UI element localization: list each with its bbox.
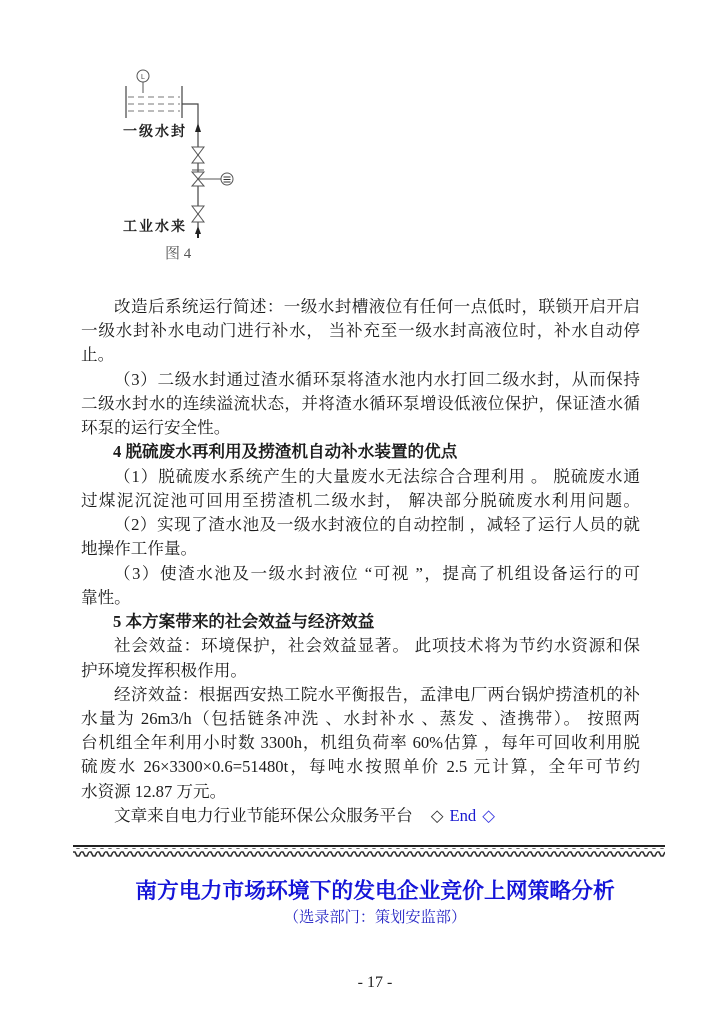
paragraph-line: 过煤泥沉淀池可回用至捞渣机二级水封， 解决部分脱硫废水利用问题。 — [81, 489, 640, 513]
paragraph-line: 护环境发挥积极作用。 — [81, 659, 640, 683]
next-article-subtitle: （选录部门：策划安监部） — [75, 906, 675, 930]
section-heading-4: 4 脱硫废水再利用及捞渣机自动补水装置的优点 — [81, 440, 640, 464]
source-text: 文章来自电力行业节能环保公众服务平台 — [114, 806, 413, 825]
water-seal-tank-icon — [126, 86, 182, 118]
manual-valve-icon — [192, 147, 204, 163]
page-number: - 17 - — [75, 971, 675, 995]
paragraph-line: （3）使渣水池及一级水封液位 “可视 ”，提高了机组设备运行的可 — [81, 562, 640, 586]
motor-icon — [221, 173, 233, 185]
section-heading-5: 5 本方案带来的社会效益与经济效益 — [81, 610, 640, 634]
source-line: 文章来自电力行业节能环保公众服务平台◇End◇ — [81, 804, 640, 828]
paragraph-line: 止。 — [81, 343, 640, 367]
inlet-valve-icon — [192, 206, 204, 222]
piping-diagram: L — [0, 0, 724, 270]
paragraph-line: 改造后系统运行简述：一级水封槽液位有任何一点低时，联锁开启开启 — [81, 295, 640, 319]
article-body: 改造后系统运行简述：一级水封槽液位有任何一点低时，联锁开启开启 一级水封补水电动… — [81, 295, 640, 828]
motorized-valve-icon — [192, 170, 221, 186]
flow-arrow-up-icon — [195, 123, 201, 132]
gauge-symbol: L — [141, 74, 145, 81]
paragraph-line: （3）二级水封通过渣水循环泵将渣水池内水打回二级水封，从而保持 — [81, 368, 640, 392]
section-divider — [73, 842, 665, 858]
paragraph-line: 硫废水 26×3300×0.6=51480t，每吨水按照单价 2.5 元计算，全… — [81, 755, 640, 779]
figure-4-diagram: L 一级水封 工业水来 图 4 — [0, 0, 724, 270]
paragraph-line: （1）脱硫废水系统产生的大量废水无法综合合理利用 。 脱硫废水通 — [81, 465, 640, 489]
paragraph-line: 靠性。 — [81, 586, 640, 610]
paragraph-line: 二级水封水的连续溢流状态，并将渣水循环泵增设低液位保护，保证渣水循 — [81, 392, 640, 416]
paragraph-line: 地操作工作量。 — [81, 537, 640, 561]
paragraph-line: 经济效益：根据西安热工院水平衡报告，孟津电厂两台锅炉捞渣机的补 — [81, 683, 640, 707]
diamond-icon: ◇ — [431, 806, 444, 825]
paragraph-line: 台机组全年利用小时数 3300h，机组负荷率 60%估算 ，每年可回收利用脱 — [81, 731, 640, 755]
zigzag-divider-icon — [73, 842, 665, 858]
paragraph-line: 一级水封补水电动门进行补水， 当补充至一级水封高液位时，补水自动停 — [81, 319, 640, 343]
paragraph-line: 社会效益：环境保护，社会效益显著。 此项技术将为节约水资源和保 — [81, 634, 640, 658]
paragraph-line: （2）实现了渣水池及一级水封液位的自动控制 ，减轻了运行人员的就 — [81, 513, 640, 537]
flow-arrow-up-icon — [195, 226, 201, 234]
figure-caption: 图 4 — [165, 242, 191, 263]
paragraph-line: 环泵的运行安全性。 — [81, 416, 640, 440]
end-marker: End — [449, 806, 476, 825]
paragraph-line: 水量为 26m3/h（包括链条冲洗 、水封补水 、蒸发 、渣携带）。 按照两 — [81, 707, 640, 731]
inlet-label: 工业水来 — [123, 216, 187, 236]
next-article-title: 南方电力市场环境下的发电企业竞价上网策略分析 — [75, 877, 675, 905]
tank-label: 一级水封 — [123, 121, 187, 141]
paragraph-line: 水资源 12.87 万元。 — [81, 780, 640, 804]
diamond-icon: ◇ — [482, 806, 495, 825]
